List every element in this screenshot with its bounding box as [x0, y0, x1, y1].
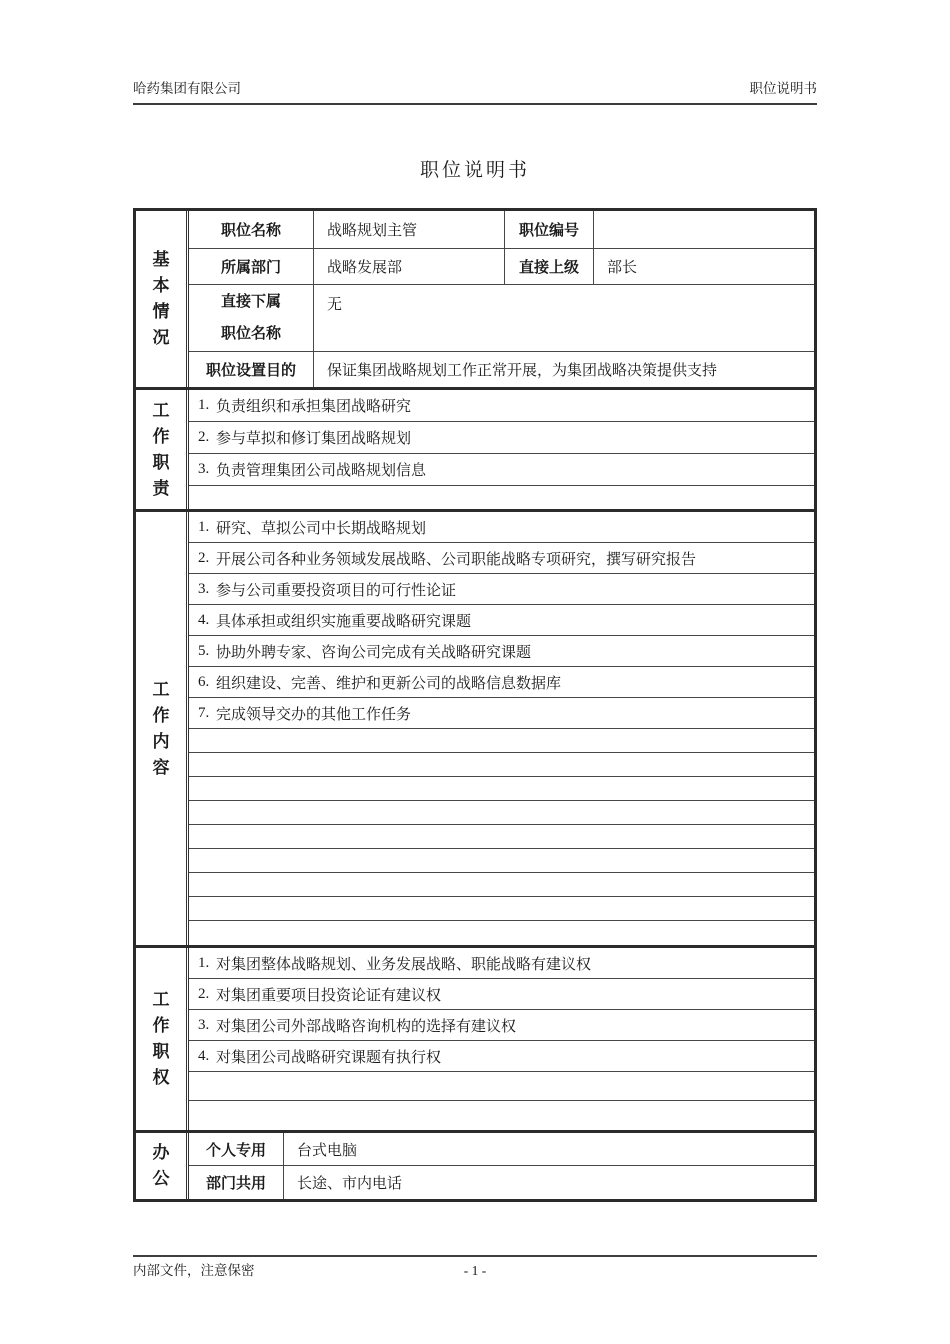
document-title: 职位说明书 [0, 155, 950, 182]
row-text: 对集团重要项目投资论证有建议权 [216, 984, 814, 1005]
field-label-department: 所属部门 [189, 249, 314, 284]
section-header-authority: 工作职权 [136, 948, 189, 1130]
section-header-office-equipment: 办公 [136, 1133, 189, 1199]
section-body-authority: 1. 对集团整体战略规划、业务发展战略、职能战略有建议权 2. 对集团重要项目投… [189, 948, 814, 1130]
table-row: 部门共用 长途、市内电话 [189, 1166, 814, 1199]
section-header-basic-info: 基本情况 [136, 211, 189, 387]
row-number: 3. [189, 1017, 216, 1034]
empty-row [189, 777, 814, 801]
empty-row [189, 825, 814, 849]
section-label: 工作职权 [151, 987, 171, 1091]
row-text: 对集团整体战略规划、业务发展战略、职能战略有建议权 [216, 953, 814, 974]
field-value-department: 战略发展部 [314, 249, 505, 284]
row-number: 1. [189, 519, 216, 536]
empty-row [189, 1072, 814, 1101]
row-number: 7. [189, 705, 216, 722]
numbered-row: 1. 负责组织和承担集团战略研究 [189, 390, 814, 422]
page-header: 哈药集团有限公司 职位说明书 [133, 81, 817, 105]
section-label: 工作职责 [151, 398, 171, 502]
numbered-row: 1. 研究、草拟公司中长期战略规划 [189, 512, 814, 543]
numbered-row: 4. 具体承担或组织实施重要战略研究课题 [189, 605, 814, 636]
table-row: 职位设置目的 保证集团战略规划工作正常开展，为集团战略决策提供支持 [189, 352, 814, 387]
section-authority: 工作职权 1. 对集团整体战略规划、业务发展战略、职能战略有建议权 2. 对集团… [136, 948, 814, 1133]
section-label: 工作内容 [151, 677, 171, 781]
numbered-row: 3. 参与公司重要投资项目的可行性论证 [189, 574, 814, 605]
empty-row [189, 753, 814, 777]
section-body-work-content: 1. 研究、草拟公司中长期战略规划 2. 开展公司各种业务领域发展战略、公司职能… [189, 512, 814, 945]
company-name: 哈药集团有限公司 [133, 81, 241, 97]
field-value: 台式电脑 [284, 1133, 814, 1165]
field-value: 长途、市内电话 [284, 1166, 814, 1199]
doc-type-label: 职位说明书 [750, 81, 818, 97]
field-value-position-purpose: 保证集团战略规划工作正常开展，为集团战略决策提供支持 [314, 352, 814, 387]
section-body-basic-info: 职位名称 战略规划主管 职位编号 所属部门 战略发展部 直接上级 部长 直接下属… [189, 211, 814, 387]
row-text: 协助外聘专家、咨询公司完成有关战略研究课题 [216, 641, 814, 662]
row-text: 研究、草拟公司中长期战略规划 [216, 517, 814, 538]
row-number: 2. [189, 550, 216, 567]
field-label-position-code: 职位编号 [505, 211, 594, 248]
row-text: 具体承担或组织实施重要战略研究课题 [216, 610, 814, 631]
job-description-table: 基本情况 职位名称 战略规划主管 职位编号 所属部门 战略发展部 直接上级 部长… [133, 208, 817, 1202]
section-label: 办公 [151, 1140, 171, 1192]
section-body-office-equipment: 个人专用 台式电脑 部门共用 长途、市内电话 [189, 1133, 814, 1199]
numbered-row: 4. 对集团公司战略研究课题有执行权 [189, 1041, 814, 1072]
row-text: 参与草拟和修订集团战略规划 [216, 427, 814, 448]
field-label: 个人专用 [189, 1133, 284, 1165]
field-label: 部门共用 [189, 1166, 284, 1199]
field-label-position-name: 职位名称 [189, 211, 314, 248]
empty-row [189, 486, 814, 509]
section-header-work-content: 工作内容 [136, 512, 189, 945]
row-text: 完成领导交办的其他工作任务 [216, 703, 814, 724]
empty-row [189, 1101, 814, 1130]
numbered-row: 2. 参与草拟和修订集团战略规划 [189, 422, 814, 454]
empty-row [189, 849, 814, 873]
section-body-duties: 1. 负责组织和承担集团战略研究 2. 参与草拟和修订集团战略规划 3. 负责管… [189, 390, 814, 509]
row-text: 组织建设、完善、维护和更新公司的战略信息数据库 [216, 672, 814, 693]
page-footer: 内部文件，注意保密 - 1 - [133, 1255, 817, 1279]
row-number: 4. [189, 612, 216, 629]
field-value-direct-subordinates: 无 [314, 285, 814, 351]
table-row: 个人专用 台式电脑 [189, 1133, 814, 1166]
section-header-duties: 工作职责 [136, 390, 189, 509]
section-duties: 工作职责 1. 负责组织和承担集团战略研究 2. 参与草拟和修订集团战略规划 [136, 390, 814, 512]
numbered-row: 3. 负责管理集团公司战略规划信息 [189, 454, 814, 486]
row-number: 5. [189, 643, 216, 660]
row-text: 对集团公司外部战略咨询机构的选择有建议权 [216, 1015, 814, 1036]
section-office-equipment: 办公 个人专用 台式电脑 部门共用 长途、市内电话 [136, 1133, 814, 1199]
table-row: 直接下属 职位名称 无 [189, 285, 814, 352]
numbered-row: 5. 协助外聘专家、咨询公司完成有关战略研究课题 [189, 636, 814, 667]
empty-row [189, 801, 814, 825]
footer-confidential-note: 内部文件，注意保密 [133, 1263, 255, 1279]
row-text: 对集团公司战略研究课题有执行权 [216, 1046, 814, 1067]
section-basic-info: 基本情况 职位名称 战略规划主管 职位编号 所属部门 战略发展部 直接上级 部长… [136, 211, 814, 390]
table-row: 所属部门 战略发展部 直接上级 部长 [189, 249, 814, 285]
row-text: 负责组织和承担集团战略研究 [216, 395, 814, 416]
row-number: 3. [189, 461, 216, 478]
section-work-content: 工作内容 1. 研究、草拟公司中长期战略规划 2. 开展公司各种业务领域发展战略… [136, 512, 814, 948]
empty-row [189, 873, 814, 897]
row-text: 参与公司重要投资项目的可行性论证 [216, 579, 814, 600]
empty-row [189, 921, 814, 945]
field-value-direct-superior: 部长 [594, 249, 814, 284]
numbered-row: 3. 对集团公司外部战略咨询机构的选择有建议权 [189, 1010, 814, 1041]
empty-row [189, 729, 814, 753]
row-number: 4. [189, 1048, 216, 1065]
numbered-row: 2. 开展公司各种业务领域发展战略、公司职能战略专项研究，撰写研究报告 [189, 543, 814, 574]
field-label-position-purpose: 职位设置目的 [189, 352, 314, 387]
row-text: 开展公司各种业务领域发展战略、公司职能战略专项研究，撰写研究报告 [216, 548, 814, 569]
row-number: 3. [189, 581, 216, 598]
field-label-direct-superior: 直接上级 [505, 249, 594, 284]
row-number: 6. [189, 674, 216, 691]
numbered-row: 7. 完成领导交办的其他工作任务 [189, 698, 814, 729]
section-label: 基本情况 [151, 247, 171, 351]
row-number: 1. [189, 955, 216, 972]
row-number: 1. [189, 397, 216, 414]
document-page: 哈药集团有限公司 职位说明书 职位说明书 基本情况 职位名称 战略规划主管 职位… [0, 0, 950, 1344]
numbered-row: 1. 对集团整体战略规划、业务发展战略、职能战略有建议权 [189, 948, 814, 979]
table-row: 职位名称 战略规划主管 职位编号 [189, 211, 814, 249]
row-text: 负责管理集团公司战略规划信息 [216, 459, 814, 480]
field-label-direct-subordinates: 直接下属 职位名称 [189, 285, 314, 351]
numbered-row: 2. 对集团重要项目投资论证有建议权 [189, 979, 814, 1010]
empty-row [189, 897, 814, 921]
row-number: 2. [189, 986, 216, 1003]
row-number: 2. [189, 429, 216, 446]
numbered-row: 6. 组织建设、完善、维护和更新公司的战略信息数据库 [189, 667, 814, 698]
field-value-position-name: 战略规划主管 [314, 211, 505, 248]
field-value-position-code [594, 211, 814, 248]
